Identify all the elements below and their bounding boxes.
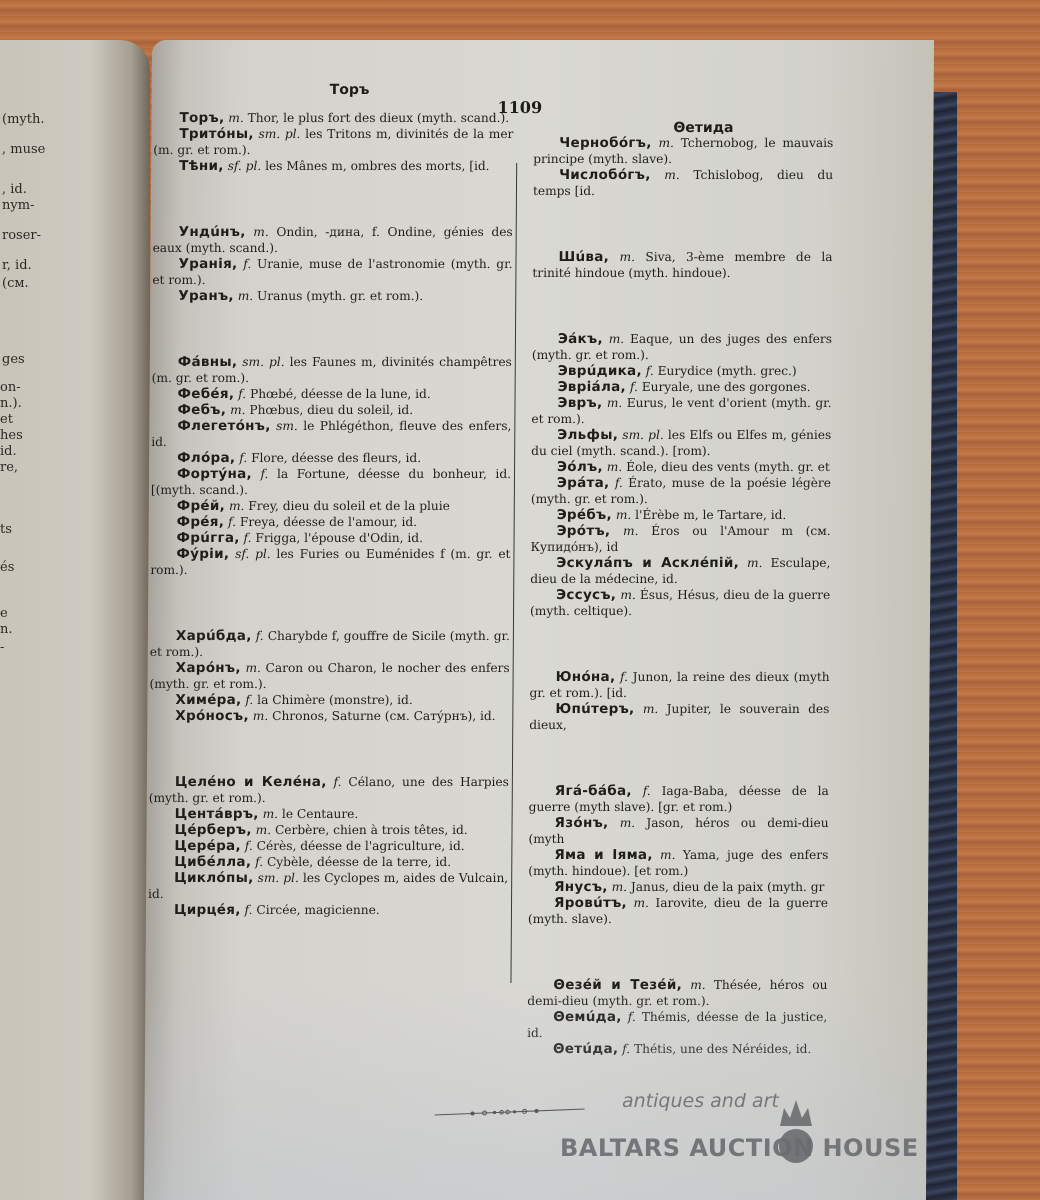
entry-headword: Эскулáпъ и Асклéпій,	[556, 555, 739, 571]
dictionary-entry: Химéра, f. la Chimère (monstre), id.	[149, 692, 509, 708]
dictionary-entry: Харúбда, f. Charybde f, gouffre de Sicil…	[150, 628, 510, 660]
dictionary-entry: Яровúтъ, m. Iarovite, dieu de la guerre …	[528, 895, 828, 927]
left-page-fragment: -	[0, 640, 4, 655]
dictionary-entry: Эссусъ, m. Ésus, Hésus, dieu de la guerr…	[530, 587, 830, 619]
dictionary-entry: Эльфы, sm. pl. les Elfs ou Elfes m, géni…	[531, 427, 831, 459]
entry-grammar: m.	[664, 168, 680, 182]
entry-definition: Phœbé, déesse de la lune, id.	[250, 387, 431, 401]
left-column: Торъ, m. Thor, le plus fort des dieux (m…	[148, 110, 514, 918]
entry-headword: Уранія,	[178, 256, 237, 272]
entry-headword: Ундúнъ,	[179, 224, 246, 240]
entry-definition: Chronos, Saturne (см. Сатýрнъ), id.	[272, 709, 496, 723]
entry-grammar: m.	[230, 403, 246, 417]
entry-headword: Тѣни,	[179, 158, 224, 174]
entry-definition: Freya, déesse de l'amour, id.	[240, 515, 417, 529]
entry-headword: Хрóносъ,	[175, 708, 249, 724]
dictionary-entry: Фрéй, m. Frey, dieu du soleil et de la p…	[151, 498, 511, 514]
entry-definition: l'Érèbe m, le Tartare, id.	[635, 508, 786, 522]
entry-definition: Circée, magicienne.	[256, 903, 379, 917]
entry-grammar: f.	[630, 380, 638, 394]
entry-headword: Ягá-бáба,	[555, 783, 632, 799]
left-page-fragment: (myth.	[2, 112, 44, 127]
entry-definition: Thétis, une des Néréides, id.	[634, 1042, 811, 1056]
entry-grammar: f.	[255, 855, 263, 869]
left-page-fragment: n.	[0, 622, 13, 637]
entry-headword: Числобóгъ,	[559, 167, 651, 183]
entry-grammar: m.	[256, 823, 272, 837]
entry-grammar: sm. pl.	[259, 127, 301, 141]
entry-grammar: sf. pl.	[235, 547, 271, 561]
entry-grammar: f.	[646, 364, 654, 378]
dictionary-entry: Цибéлла, f. Cybèle, déesse de la terre, …	[148, 854, 508, 870]
entry-grammar: m.	[620, 588, 636, 602]
entry-headword: Эвріáла,	[558, 379, 627, 395]
dictionary-entry: Фебъ, m. Phœbus, dieu du soleil, id.	[151, 402, 511, 418]
entry-grammar: m.	[690, 978, 706, 992]
dictionary-entry: Цирцéя, f. Circée, magicienne.	[148, 902, 508, 918]
entry-headword: Эáкъ,	[558, 331, 603, 347]
dictionary-entry: Эрéбъ, m. l'Érèbe m, le Tartare, id.	[531, 507, 831, 523]
entry-headword: Фрéя,	[177, 514, 225, 530]
dictionary-entry: Θетúда, f. Thétis, une des Néréides, id.	[527, 1041, 827, 1057]
entry-definition: Eurydice (myth. grec.)	[658, 364, 797, 378]
entry-headword: Фортýна,	[177, 466, 252, 482]
entry-headword: Юпúтеръ,	[555, 701, 634, 717]
section-gap	[530, 619, 830, 669]
dictionary-entry: Хрóносъ, m. Chronos, Saturne (см. Сатýрн…	[149, 708, 509, 724]
dictionary-entry: Фрéя, f. Freya, déesse de l'amour, id.	[151, 514, 511, 530]
entry-grammar: f.	[245, 693, 253, 707]
section-gap	[528, 927, 828, 977]
dictionary-entry: Уранъ, m. Uranus (myth. gr. et rom.).	[152, 288, 512, 304]
entry-headword: Θезéй и Тезéй,	[553, 977, 682, 993]
entry-definition: Phœbus, dieu du soleil, id.	[249, 403, 413, 417]
dictionary-entry: Цéрберъ, m. Cerbère, chien à trois têtes…	[148, 822, 508, 838]
entry-grammar: m.	[253, 225, 269, 239]
entry-headword: Юнóна,	[556, 669, 616, 685]
entry-headword: Целéно и Келéна,	[175, 774, 327, 790]
dictionary-entry: Θемúда, f. Thémis, déesse de la justice,…	[527, 1009, 827, 1041]
entry-grammar: f.	[245, 839, 253, 853]
entry-grammar: f.	[239, 451, 247, 465]
section-gap	[149, 724, 509, 774]
entry-definition: Euryale, une des gorgones.	[642, 380, 811, 394]
entry-grammar: sm.	[276, 419, 298, 433]
dictionary-entry: Эрóтъ, m. Éros ou l'Amour m (см. Купидóн…	[530, 523, 830, 555]
entry-headword: Фрúгга,	[177, 530, 240, 546]
entry-grammar: m.	[228, 111, 244, 125]
dictionary-entry: Фортýна, f. la Fortune, déesse du bonheu…	[151, 466, 511, 498]
entry-grammar: m.	[609, 332, 625, 346]
entry-grammar: sf. pl.	[228, 159, 262, 173]
entry-headword: Химéра,	[175, 692, 241, 708]
dictionary-entry: Шúва, m. Siva, 3-ème membre de la trinit…	[532, 249, 832, 281]
entry-definition: Janus, dieu de la paix (myth. gr	[631, 880, 825, 894]
entry-grammar: f.	[615, 476, 623, 490]
dictionary-entry: Тѣни, sf. pl. les Mânes m, ombres des mo…	[153, 158, 513, 174]
left-page-fragment: , id.	[2, 182, 27, 197]
dictionary-entry: Θезéй и Тезéй, m. Thésée, héros ou demi-…	[527, 977, 827, 1009]
dictionary-entry: Числобóгъ, m. Tchislobog, dieu du temps …	[533, 167, 833, 199]
dictionary-entry: Янусъ, m. Janus, dieu de la paix (myth. …	[528, 879, 828, 895]
dictionary-entry: Фáвны, sm. pl. les Faunes m, divinités c…	[152, 354, 512, 386]
running-head-right: Θетида	[673, 120, 733, 136]
entry-headword: Фебъ,	[177, 402, 226, 418]
entry-definition: Cerbère, chien à trois têtes, id.	[275, 823, 468, 837]
entry-headword: Тритóны,	[179, 126, 254, 142]
entry-definition: Thor, le plus fort des dieux (myth. scan…	[248, 111, 510, 125]
dictionary-entry: Фýріи, sf. pl. les Furies ou Euménides f…	[150, 546, 510, 578]
left-page: (myth., muse, id.nym-roser-r, id.(см.ges…	[0, 40, 150, 1200]
left-page-fragment: nym-	[2, 198, 34, 213]
entry-grammar: m.	[607, 460, 623, 474]
dictionary-entry: Фебéя, f. Phœbé, déesse de la lune, id.	[152, 386, 512, 402]
entry-headword: Шúва,	[558, 249, 609, 265]
entry-grammar: f.	[228, 515, 236, 529]
entry-headword: Эвръ,	[557, 395, 602, 411]
entry-headword: Уранъ,	[178, 288, 234, 304]
left-page-fragment: ts	[0, 522, 12, 537]
left-page-fragment: et	[0, 412, 13, 427]
dictionary-entry: Циклóпы, sm. pl. les Cyclopes m, aides d…	[148, 870, 508, 902]
entry-headword: Флегетóнъ,	[177, 418, 270, 434]
entry-headword: Чернобóгъ,	[559, 135, 651, 151]
entry-grammar: m.	[253, 709, 269, 723]
entry-headword: Фрéй,	[177, 498, 225, 514]
dictionary-entry: Эскулáпъ и Асклéпій, m. Esculape, dieu d…	[530, 555, 830, 587]
entry-headword: Θемúда,	[553, 1009, 622, 1025]
entry-headword: Эссусъ,	[556, 587, 616, 603]
entry-grammar: m.	[616, 508, 632, 522]
entry-definition: la Chimère (monstre), id.	[257, 693, 413, 707]
dictionary-entry: Юпúтеръ, m. Jupiter, le souverain des di…	[529, 701, 829, 733]
dictionary-entry: Эáкъ, m. Eaque, un des juges des enfers …	[532, 331, 832, 363]
left-page-fragment: roser-	[2, 228, 41, 243]
left-page-fragment: (см.	[2, 276, 29, 291]
entry-grammar: f.	[643, 784, 651, 798]
entry-grammar: m.	[607, 396, 623, 410]
dictionary-entry: Язóнъ, m. Jason, héros ou demi-dieu (myt…	[528, 815, 828, 847]
entry-grammar: m.	[619, 250, 635, 264]
entry-headword: Фебéя,	[178, 386, 235, 402]
entry-grammar: m.	[612, 880, 628, 894]
entry-grammar: m.	[658, 136, 674, 150]
section-gap	[152, 304, 512, 354]
entry-grammar: f.	[244, 531, 252, 545]
dictionary-entry: Уранія, f. Uranie, muse de l'astronomie …	[152, 256, 512, 288]
dictionary-entry: Церéра, f. Cérès, déesse de l'agricultur…	[148, 838, 508, 854]
entry-grammar: m.	[643, 702, 659, 716]
left-page-fragment: id.	[0, 444, 17, 459]
dictionary-entry: Эвріáла, f. Euryale, une des gorgones.	[532, 379, 832, 395]
entry-grammar: m.	[633, 896, 649, 910]
entry-grammar: m.	[245, 661, 261, 675]
entry-grammar: sm. pl.	[622, 428, 664, 442]
entry-grammar: sm. pl.	[258, 871, 299, 885]
entry-grammar: f.	[620, 670, 628, 684]
entry-grammar: sm. pl.	[242, 355, 284, 369]
entry-grammar: m.	[238, 289, 254, 303]
entry-grammar: f.	[628, 1010, 636, 1024]
dictionary-entry: Чернобóгъ, m. Tchernobog, le mauvais pri…	[533, 135, 833, 167]
dictionary-entry: Торъ, m. Thor, le plus fort des dieux (m…	[153, 110, 513, 126]
entry-definition: les Mânes m, ombres des morts, [id.	[265, 159, 490, 173]
running-head-left: Торъ	[330, 82, 370, 98]
entry-grammar: m.	[620, 816, 636, 830]
entry-grammar: f.	[622, 1042, 630, 1056]
entry-headword: Харúбда,	[176, 628, 252, 644]
dictionary-entry: Эóлъ, m. Éole, dieu des vents (myth. gr.…	[531, 459, 831, 475]
entry-headword: Харóнъ,	[176, 660, 241, 676]
dictionary-entry: Тритóны, sm. pl. les Tritons m, divinité…	[153, 126, 513, 158]
entry-headword: Янусъ,	[554, 879, 608, 895]
entry-headword: Церéра,	[174, 838, 241, 854]
entry-headword: Флóра,	[177, 450, 235, 466]
right-page: Торъ 1109 Θетида Торъ, m. Thor, le plus …	[144, 40, 934, 1200]
entry-headword: Цéрберъ,	[174, 822, 251, 838]
section-gap	[150, 578, 510, 628]
left-page-fragment: , muse	[2, 142, 45, 157]
entry-headword: Фáвны,	[178, 354, 238, 370]
entry-headword: Эрáта,	[557, 475, 610, 491]
left-page-fragment: on-	[0, 380, 21, 395]
entry-headword: Циклóпы,	[174, 870, 253, 886]
section-gap	[532, 281, 832, 331]
entry-definition: le Centaure.	[282, 807, 358, 821]
section-gap	[533, 199, 833, 249]
dictionary-entry: Харóнъ, m. Caron ou Charon, le nocher de…	[149, 660, 509, 692]
entry-definition: Cybèle, déesse de la terre, id.	[267, 855, 451, 869]
entry-definition: Éole, dieu des vents (myth. gr. et	[626, 460, 830, 474]
entry-grammar: m.	[660, 848, 676, 862]
entry-grammar: f.	[245, 903, 253, 917]
dictionary-entry: Ундúнъ, m. Ondin, -дина, f. Ondine, géni…	[153, 224, 513, 256]
entry-headword: Θетúда,	[553, 1041, 618, 1057]
left-page-fragment: ges	[2, 352, 25, 367]
dictionary-entry: Эвръ, m. Eurus, le vent d'orient (myth. …	[531, 395, 831, 427]
entry-headword: Торъ,	[179, 110, 224, 126]
dictionary-entry: Целéно и Келéна, f. Célano, une des Harp…	[149, 774, 509, 806]
dictionary-entry: Эврúдика, f. Eurydice (myth. grec.)	[532, 363, 832, 379]
auction-watermark: antiques and art BALTARS AUCTION HOUSE	[560, 1090, 960, 1170]
dictionary-entry: Ягá-бáба, f. Iaga-Baba, déesse de la gue…	[529, 783, 829, 815]
entry-definition: Cérès, déesse de l'agriculture, id.	[257, 839, 465, 853]
entry-grammar: m.	[747, 556, 763, 570]
entry-headword: Эóлъ,	[557, 459, 603, 475]
left-page-fragment: n.).	[0, 396, 22, 411]
entry-grammar: m.	[623, 524, 639, 538]
entry-grammar: m.	[229, 499, 245, 513]
entry-headword: Эрéбъ,	[557, 507, 612, 523]
entry-headword: Эльфы,	[557, 427, 618, 443]
entry-headword: Фýріи,	[176, 546, 229, 562]
dictionary-entry: Юнóна, f. Junon, la reine des dieux (myt…	[529, 669, 829, 701]
entry-grammar: f.	[260, 467, 268, 481]
left-page-fragment: re,	[0, 460, 18, 475]
entry-grammar: m.	[263, 807, 279, 821]
left-page-fragment: r, id.	[2, 258, 32, 273]
dictionary-entry: Флóра, f. Flore, déesse des fleurs, id.	[151, 450, 511, 466]
dictionary-entry: Яма и Іяма, m. Yama, juge des enfers (my…	[528, 847, 828, 879]
left-page-fragment: hes	[0, 428, 23, 443]
entry-headword: Яма и Іяма,	[554, 847, 653, 863]
entry-headword: Цирцéя,	[174, 902, 241, 918]
watermark-brand: BALTARS AUCTION HOUSE	[560, 1134, 919, 1162]
entry-grammar: f.	[243, 257, 251, 271]
entry-headword: Цибéлла,	[174, 854, 251, 870]
section-gap	[153, 174, 513, 224]
dictionary-entry: Флегетóнъ, sm. le Phlégéthon, fleuve des…	[151, 418, 511, 450]
entry-headword: Эрóтъ,	[557, 523, 611, 539]
entry-grammar: f.	[256, 629, 264, 643]
entry-definition: Flore, déesse des fleurs, id.	[251, 451, 421, 465]
entry-definition: Frigga, l'épouse d'Odin, id.	[255, 531, 423, 545]
entry-headword: Эврúдика,	[558, 363, 642, 379]
entry-definition: Frey, dieu du soleil et de la pluie	[248, 499, 450, 513]
entry-headword: Центáвръ,	[175, 806, 259, 822]
dictionary-entry: Центáвръ, m. le Centaure.	[149, 806, 509, 822]
entry-headword: Яровúтъ,	[554, 895, 627, 911]
right-column: Чернобóгъ, m. Tchernobog, le mauvais pri…	[527, 135, 833, 1057]
entry-grammar: f.	[238, 387, 246, 401]
left-page-fragment: e	[0, 606, 8, 621]
dictionary-entry: Эрáта, f. Érato, muse de la poésie légèr…	[531, 475, 831, 507]
entry-grammar: f.	[334, 775, 342, 789]
entry-definition: Uranus (myth. gr. et rom.).	[257, 289, 423, 303]
entry-headword: Язóнъ,	[555, 815, 609, 831]
left-page-fragment: és	[0, 560, 14, 575]
watermark-tagline: antiques and art	[622, 1090, 779, 1112]
section-gap	[529, 733, 829, 783]
dictionary-entry: Фрúгга, f. Frigga, l'épouse d'Odin, id.	[151, 530, 511, 546]
